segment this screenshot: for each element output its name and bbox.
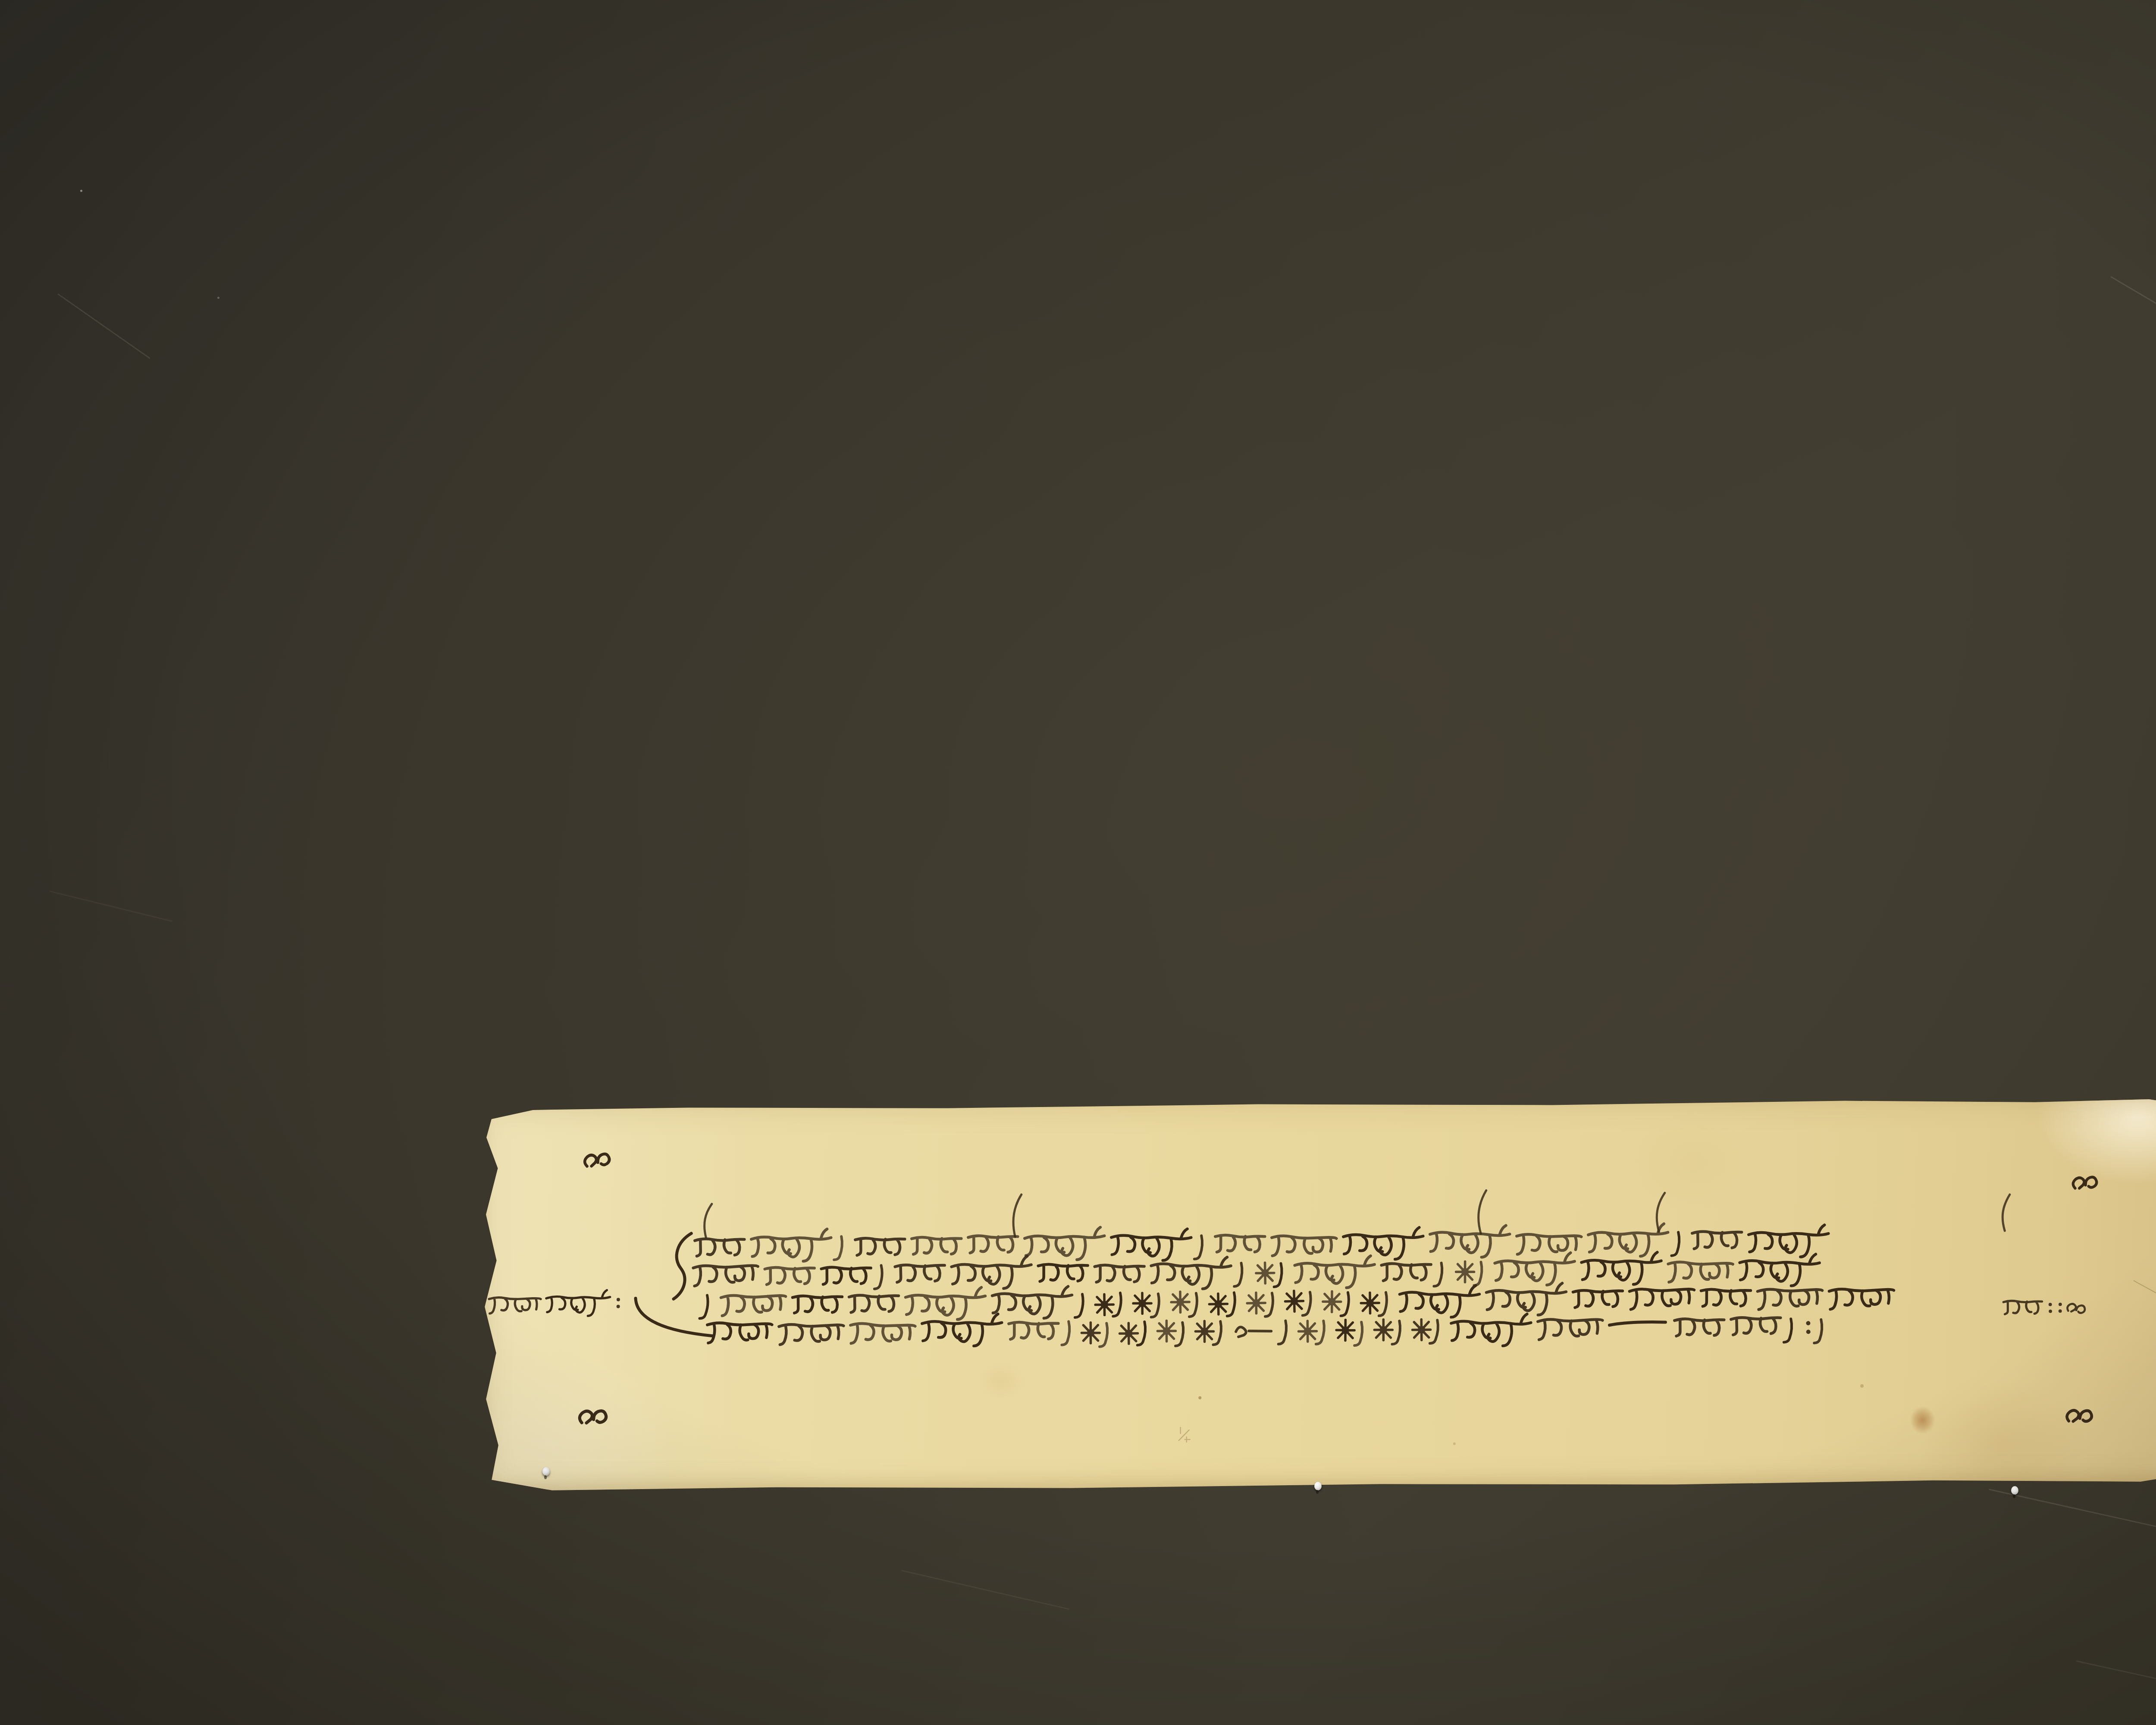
foxing-speck (1453, 1443, 1456, 1445)
ascender-flourish (1013, 1195, 1022, 1237)
mounting-pin (2011, 1486, 2018, 1495)
margin-title (489, 1290, 620, 1317)
mounting-pin (1314, 1482, 1322, 1490)
ascender-flourish (1478, 1190, 1486, 1233)
photograph: ওঁ শ্রীশ্রী। মৌত্তিকপর্ব্বঃ প্রদ্রবন্নগর… (0, 0, 2156, 1725)
board-scratch (57, 293, 150, 359)
board-scratch (2076, 1660, 2156, 1717)
board-scratch (901, 1570, 1069, 1610)
ascender-flourish (2002, 1195, 2010, 1231)
ascender-flourish (704, 1204, 712, 1238)
manuscript-folio (481, 1098, 2156, 1492)
corner-mark-bottom-left (579, 1408, 607, 1426)
board-scratch (2110, 276, 2156, 342)
opening-brace-flourish (673, 1233, 692, 1299)
dust-speck (80, 190, 82, 192)
text-line-2 (693, 1251, 1820, 1292)
corner-mark-top-left (583, 1151, 611, 1170)
brown-stain (1910, 1406, 1935, 1434)
foxing-speck (1198, 1396, 1201, 1399)
text-line-1 (695, 1223, 1828, 1263)
corner-mark-top-right (2072, 1174, 2097, 1191)
right-margin-label (2003, 1300, 2085, 1314)
pencil-fraction-mark (1177, 1426, 1192, 1443)
handwritten-ink-layer (481, 1098, 2156, 1492)
foxing-speck (1860, 1384, 1864, 1388)
board-scratch (50, 891, 172, 922)
mounting-pin (542, 1467, 550, 1476)
corner-mark-bottom-right (2066, 1408, 2093, 1424)
dust-speck (217, 297, 219, 299)
